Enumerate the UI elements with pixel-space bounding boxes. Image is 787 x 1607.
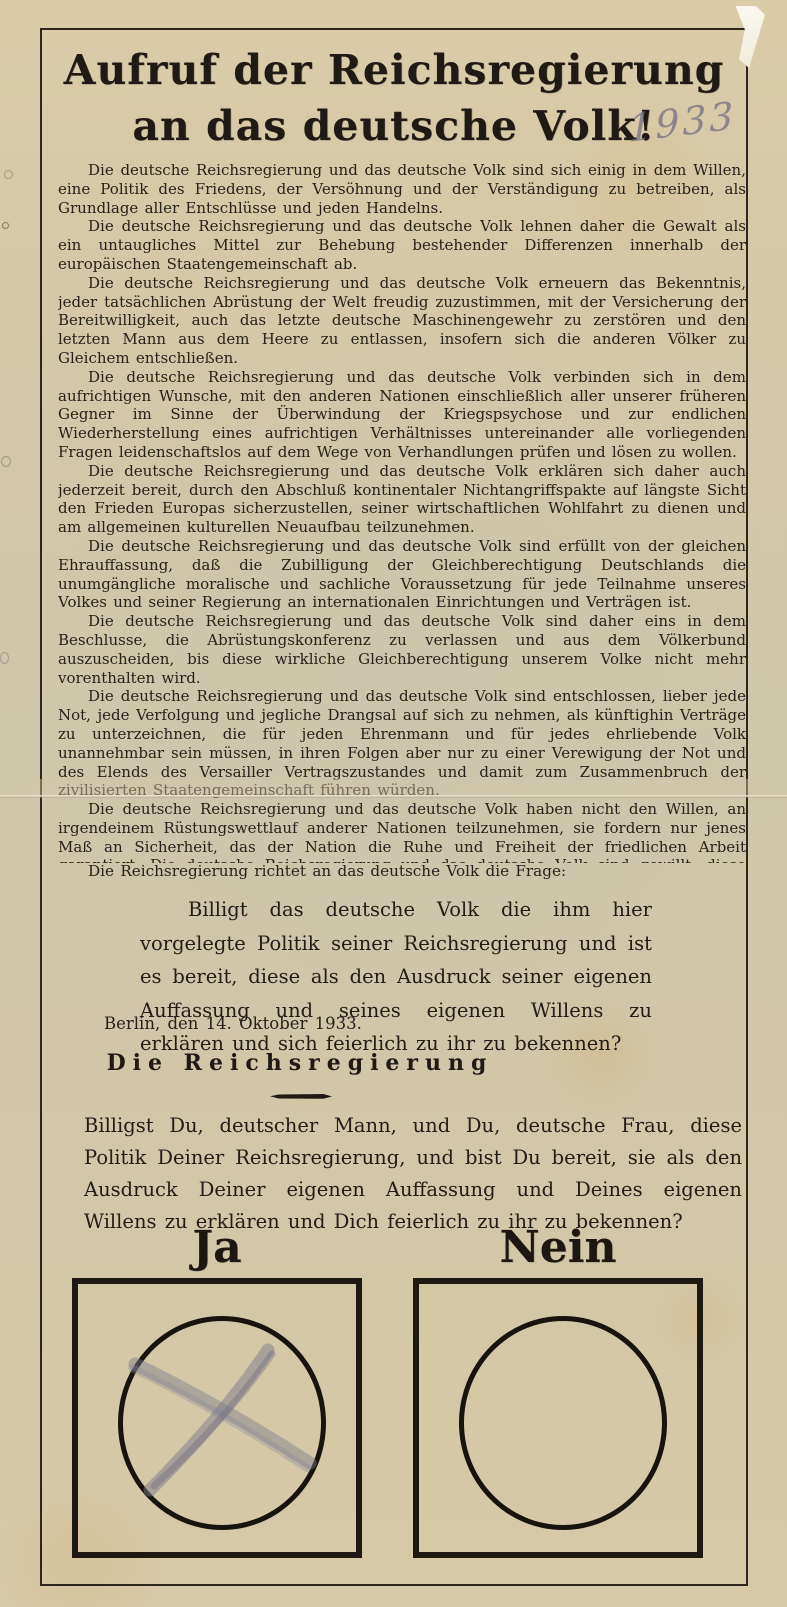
voter-question: Billigst Du, deutscher Mann, und Du, deu… (84, 1110, 742, 1238)
yes-option-label: Ja (72, 1222, 362, 1273)
margin-speck (2, 222, 9, 229)
no-vote-box (413, 1278, 703, 1558)
body-paragraph: Die deutsche Reichsregierung und das deu… (58, 800, 746, 863)
body-paragraph: Die deutsche Reichsregierung und das deu… (58, 537, 746, 612)
proclamation-body: Die deutsche Reichsregierung und das deu… (58, 161, 746, 863)
body-paragraph: Die deutsche Reichsregierung und das deu… (58, 217, 746, 273)
body-paragraph: Die deutsche Reichsregierung und das deu… (58, 368, 746, 462)
body-paragraph: Die deutsche Reichsregierung und das deu… (58, 612, 746, 687)
dateline: Berlin, den 14. Oktober 1933. (104, 1014, 504, 1033)
tapered-divider-rule (270, 1094, 332, 1099)
body-paragraph: Die deutsche Reichsregierung und das deu… (58, 462, 746, 537)
signature-heading: Die Reichsregierung (60, 1050, 540, 1076)
margin-speck (4, 170, 13, 179)
yes-vote-box (72, 1278, 362, 1558)
body-paragraph: Die deutsche Reichsregierung und das deu… (58, 274, 746, 368)
margin-speck (0, 652, 9, 664)
body-paragraph: Die deutsche Reichsregierung und das deu… (58, 161, 746, 217)
margin-speck (1, 456, 11, 467)
yes-vote-circle[interactable] (118, 1316, 326, 1530)
no-option-label: Nein (413, 1222, 703, 1273)
ballot-sheet: Aufruf der Reichsregierung an das deutsc… (0, 0, 787, 1607)
fold-crease-line (0, 795, 787, 798)
document-title-line1: Aufruf der Reichsregierung (42, 46, 746, 94)
question-intro-line: Die Reichsregierung richtet an das deuts… (58, 862, 746, 880)
no-vote-circle[interactable] (459, 1316, 667, 1530)
government-question: Billigt das deutsche Volk die ihm hier v… (140, 893, 652, 1061)
